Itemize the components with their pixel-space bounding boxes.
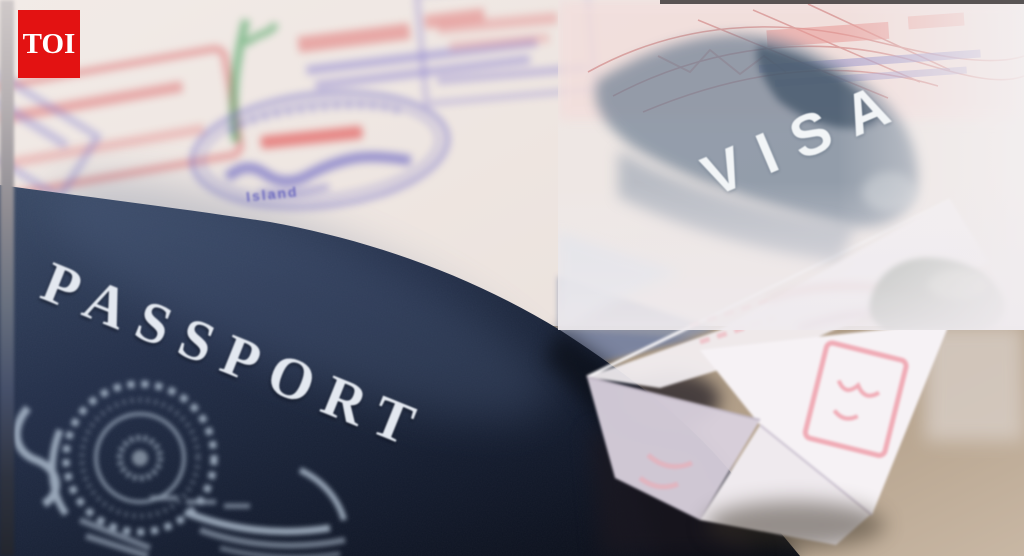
toi-logo-text: TOI — [23, 28, 76, 61]
toi-logo: TOI — [18, 10, 80, 78]
left-edge-strip — [0, 0, 14, 556]
news-article-photo: Island PASSPORT — [0, 0, 1024, 556]
visa-photo-overlay: VISA — [558, 0, 1024, 330]
top-edge-strip — [660, 0, 1024, 4]
